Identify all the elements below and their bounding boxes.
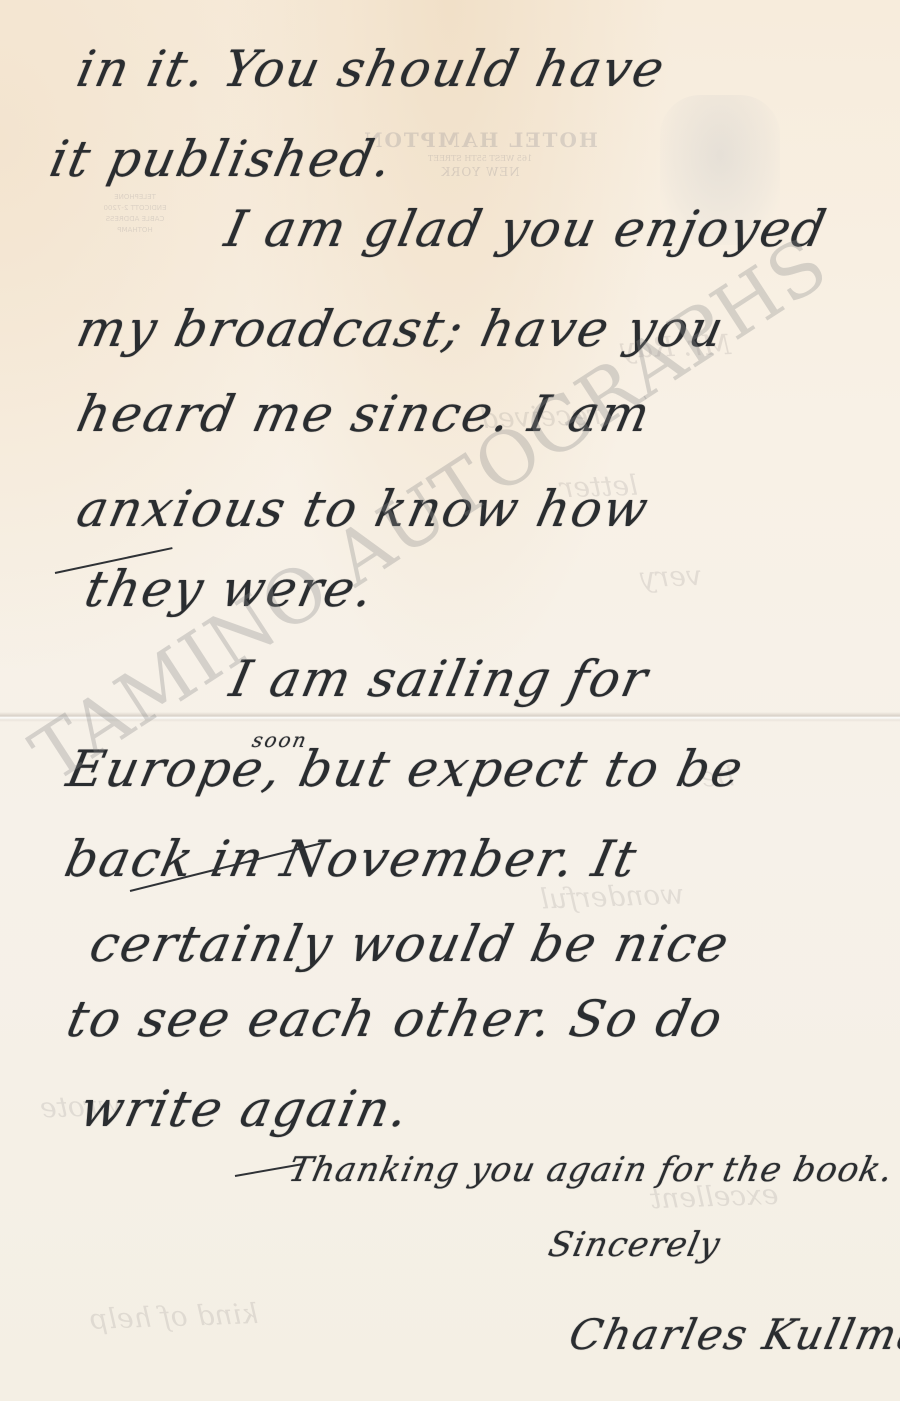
letter-line: it published. (45, 130, 399, 188)
letter-line: write again. (75, 1080, 415, 1138)
signature: Charles Kullman (565, 1310, 900, 1359)
letter-line: Thanking you again for the book. (285, 1150, 897, 1190)
letterhead-contact-line: CABLE ADDRESS (75, 214, 195, 225)
show-through-text: very (639, 559, 702, 594)
letterhead-contact-line: ENDICOTT 2-7200 (75, 203, 195, 214)
letter-page: HOTEL HAMPTON 165 WEST 55TH STREET NEW Y… (0, 0, 900, 1401)
letter-line: I am glad you enjoyed (220, 200, 832, 258)
letterhead-contact: TELEPHONE ENDICOTT 2-7200 CABLE ADDRESS … (75, 192, 195, 236)
letter-line: back in November. It (60, 830, 643, 888)
letter-line: Europe, but expect to be (62, 740, 750, 798)
letterhead-contact-line: TELEPHONE (75, 192, 195, 203)
letter-line: to see each other. So do (62, 990, 729, 1048)
letter-line: certainly would be nice (85, 915, 735, 973)
letter-line: in it. You should have (72, 40, 671, 98)
letterhead-contact-line: HOTHAMP (75, 225, 195, 236)
show-through-text: kind of help (89, 1297, 258, 1336)
letter-line: I am sailing for (225, 650, 654, 708)
closing-salutation: Sincerely (545, 1225, 724, 1265)
